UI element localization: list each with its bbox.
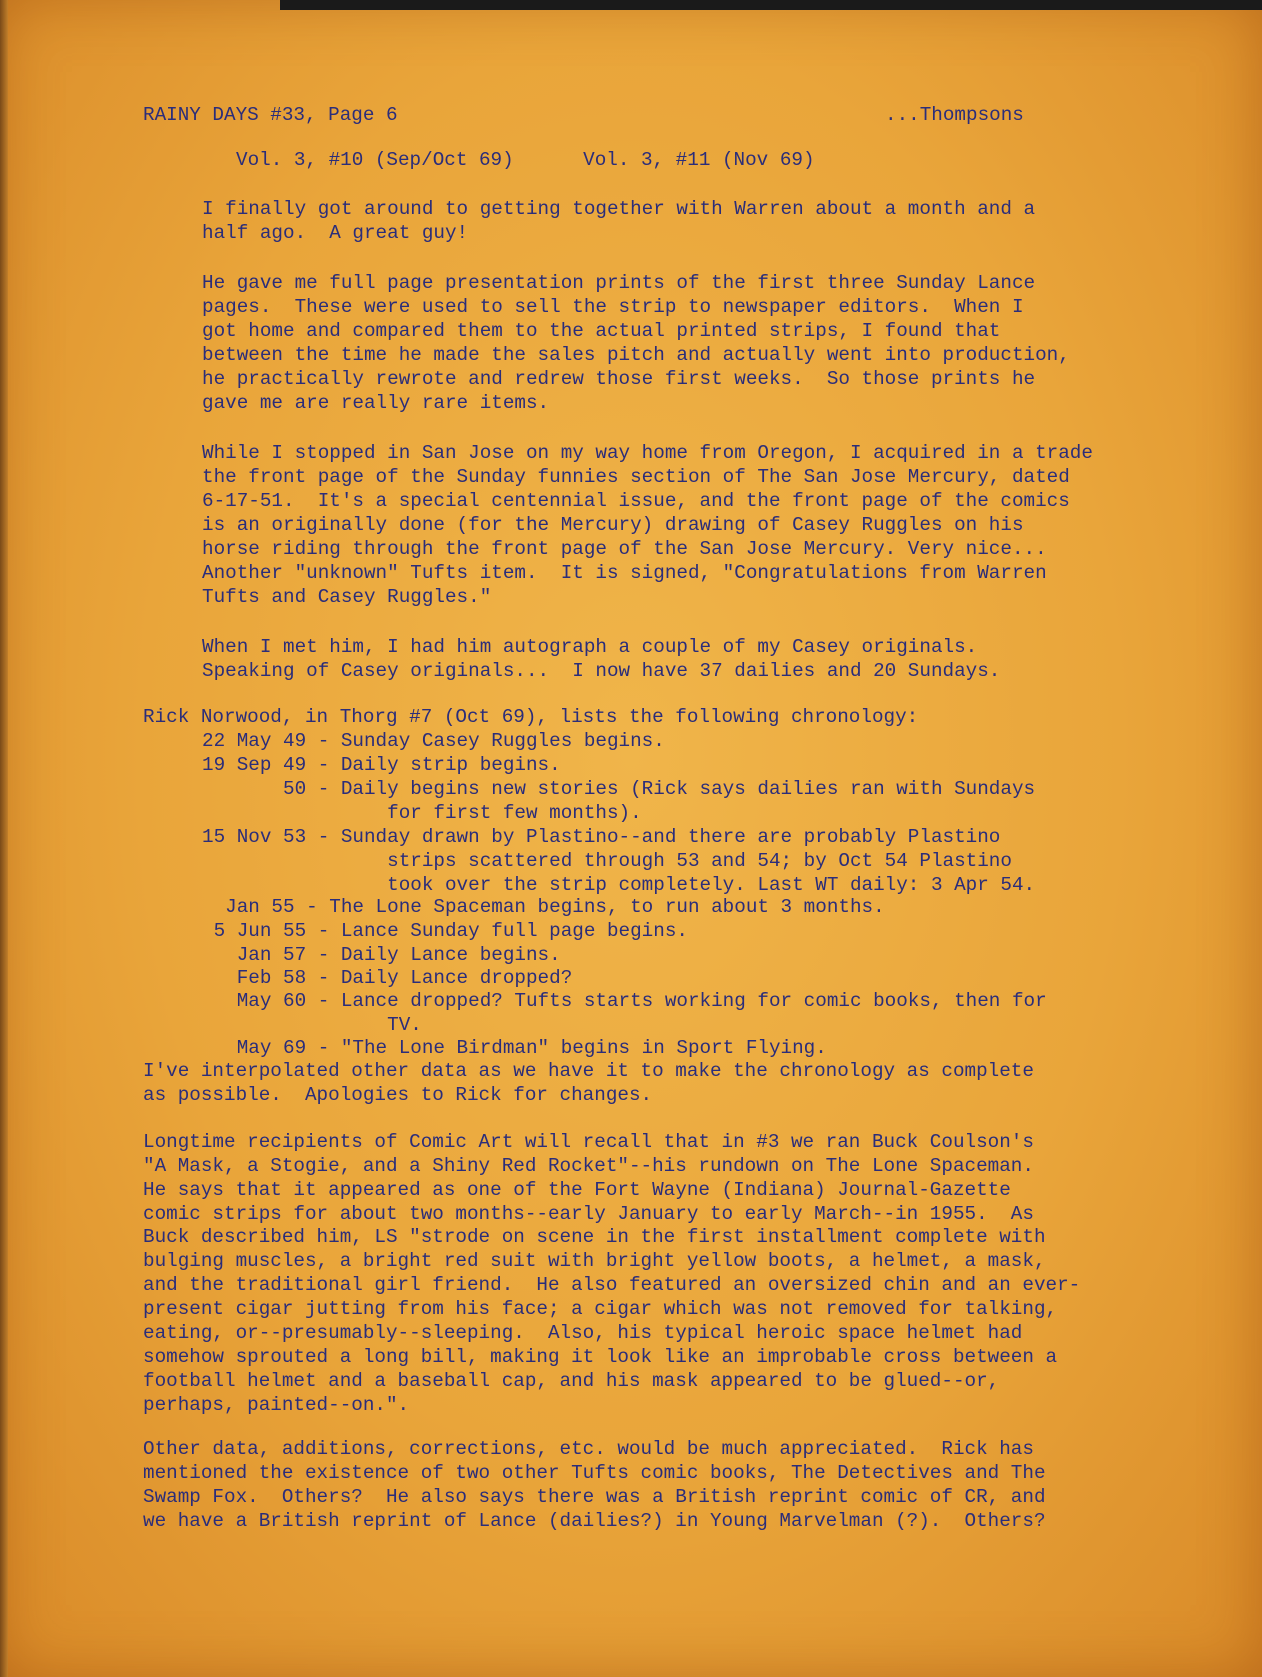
document-page: RAINY DAYS #33, Page 6 ...Thompsons Vol.…	[0, 0, 1262, 1677]
text-line: got home and compared them to the actual…	[202, 319, 1000, 344]
text-line: mentioned the existence of two other Tuf…	[143, 1461, 1046, 1486]
header-right: ...Thompsons	[885, 103, 1024, 128]
text-line: "A Mask, a Stogie, and a Shiny Red Rocke…	[143, 1154, 1034, 1179]
text-line: for first few months).	[202, 801, 642, 826]
text-line: strips scattered through 53 and 54; by O…	[202, 849, 1012, 874]
text-line: I've interpolated other data as we have …	[143, 1059, 1034, 1084]
text-line: Jan 57 - Daily Lance begins.	[202, 943, 561, 968]
text-line: I finally got around to getting together…	[202, 197, 1035, 222]
text-line: Other data, additions, corrections, etc.…	[143, 1437, 1034, 1462]
text-line: 19 Sep 49 - Daily strip begins.	[202, 753, 561, 778]
issue-numbers: Vol. 3, #10 (Sep/Oct 69) Vol. 3, #11 (No…	[236, 148, 815, 173]
text-line: he practically rewrote and redrew those …	[202, 367, 1035, 392]
text-line: Speaking of Casey originals... I now hav…	[202, 659, 1000, 684]
text-line: pages. These were used to sell the strip…	[202, 295, 1024, 320]
text-line: half ago. A great guy!	[202, 221, 468, 246]
text-line: While I stopped in San Jose on my way ho…	[202, 441, 1093, 466]
text-line: 5 Jun 55 - Lance Sunday full page begins…	[202, 919, 688, 944]
text-line: bulging muscles, a bright red suit with …	[143, 1249, 1046, 1274]
text-line: football helmet and a baseball cap, and …	[143, 1369, 999, 1394]
text-line: When I met him, I had him autograph a co…	[202, 635, 977, 660]
text-line: May 69 - "The Lone Birdman" begins in Sp…	[202, 1036, 827, 1061]
text-line: gave me are really rare items.	[202, 391, 549, 416]
text-line: May 60 - Lance dropped? Tufts starts wor…	[202, 989, 1047, 1014]
text-line: He gave me full page presentation prints…	[202, 271, 1035, 296]
header-left: RAINY DAYS #33, Page 6	[143, 103, 398, 128]
text-line: 6-17-51. It's a special centennial issue…	[202, 489, 1070, 514]
text-line: 50 - Daily begins new stories (Rick says…	[202, 777, 1035, 802]
text-line: is an originally done (for the Mercury) …	[202, 513, 1024, 538]
text-line: eating, or--presumably--sleeping. Also, …	[143, 1321, 1022, 1346]
text-line: comic strips for about two months--early…	[143, 1202, 1034, 1227]
text-line: Feb 58 - Daily Lance dropped?	[202, 966, 572, 991]
text-line: Buck described him, LS "strode on scene …	[143, 1225, 1046, 1250]
text-line: Longtime recipients of Comic Art will re…	[143, 1130, 1034, 1155]
text-line: and the traditional girl friend. He also…	[143, 1273, 1080, 1298]
text-line: 22 May 49 - Sunday Casey Ruggles begins.	[202, 729, 665, 754]
text-line: Swamp Fox. Others? He also says there wa…	[143, 1485, 1046, 1510]
text-line: between the time he made the sales pitch…	[202, 343, 1070, 368]
text-line: perhaps, painted--on.".	[143, 1393, 409, 1418]
text-line: Rick Norwood, in Thorg #7 (Oct 69), list…	[143, 705, 918, 730]
text-line: TV.	[202, 1013, 422, 1038]
text-line: Jan 55 - The Lone Spaceman begins, to ru…	[202, 895, 885, 920]
typewritten-text: RAINY DAYS #33, Page 6 ...Thompsons Vol.…	[0, 0, 46, 175]
text-line: Tufts and Casey Ruggles."	[202, 585, 491, 610]
text-line: horse riding through the front page of t…	[202, 537, 1047, 562]
text-line: He says that it appeared as one of the F…	[143, 1178, 1011, 1203]
text-line: we have a British reprint of Lance (dail…	[143, 1509, 1046, 1534]
page-left-edge	[0, 0, 8, 1677]
text-line: present cigar jutting from his face; a c…	[143, 1297, 1057, 1322]
text-line: somehow sprouted a long bill, making it …	[143, 1345, 1057, 1370]
text-line: 15 Nov 53 - Sunday drawn by Plastino--an…	[202, 825, 1000, 850]
text-line: the front page of the Sunday funnies sec…	[202, 465, 1070, 490]
text-line: Another "unknown" Tufts item. It is sign…	[202, 561, 1047, 586]
text-line: as possible. Apologies to Rick for chang…	[143, 1083, 652, 1108]
page-top-edge	[280, 0, 1262, 10]
